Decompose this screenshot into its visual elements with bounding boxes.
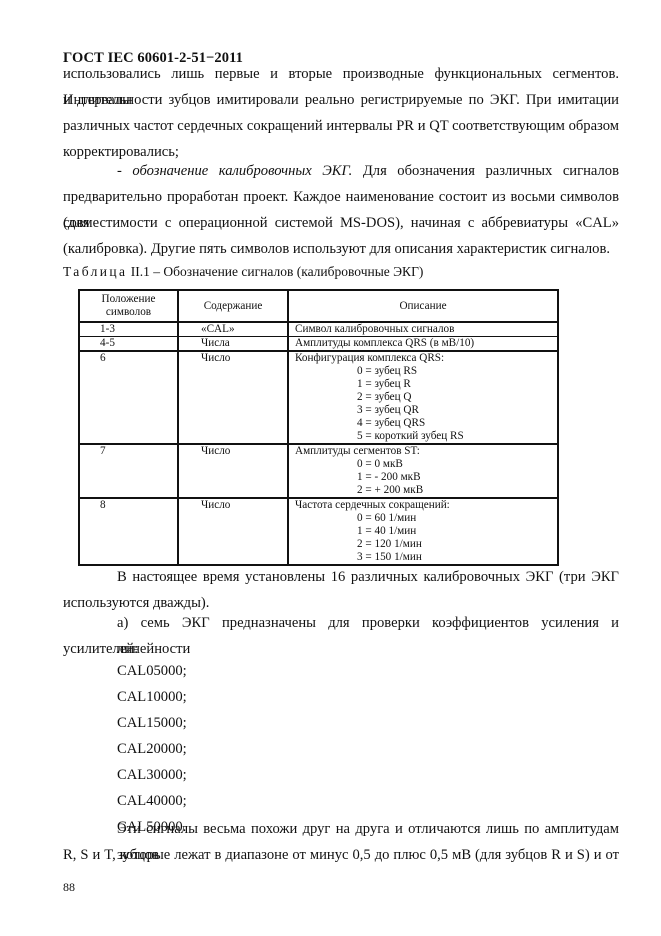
value-line: 2 = + 200 мкВ	[295, 484, 557, 497]
header-description: Описание	[288, 290, 558, 322]
value-line: 0 = 0 мкВ	[295, 458, 557, 471]
list-item: CAL30000;	[63, 762, 619, 788]
text-line: (калибровка). Другие пять символов испол…	[63, 236, 619, 262]
list-item: CAL40000;	[63, 788, 619, 814]
paragraph-seven-ecgs: а) семь ЭКГ предназначены для проверки к…	[63, 610, 619, 662]
cell-position: 1-3	[79, 322, 178, 337]
value-line: 0 = зубец RS	[295, 365, 557, 378]
text-line: R, S и T, которые лежат в диапазоне от м…	[63, 842, 619, 868]
table-caption-number: II.1	[131, 264, 150, 279]
signal-designation-table: Положение символов Содержание Описание 1…	[78, 289, 559, 566]
text-line: - обозначение калибровочных ЭКГ. Для обо…	[63, 158, 619, 184]
description-title: Частота сердечных сокращений:	[295, 499, 557, 512]
paragraph-derivatives: использовались лишь первые и вторые прои…	[63, 61, 619, 165]
value-line: 3 = зубец QR	[295, 404, 557, 417]
cell-position: 7	[79, 444, 178, 498]
cell-position: 8	[79, 498, 178, 565]
cell-description: Амплитуды сегментов ST: 0 = 0 мкВ 1 = - …	[288, 444, 558, 498]
value-line: 3 = 150 1/мин	[295, 551, 557, 564]
paragraph-sixteen-ecgs: В настоящее время установлены 16 различн…	[63, 564, 619, 616]
value-line: 1 = зубец R	[295, 378, 557, 391]
text-fragment: Для обозначения различных сигналов	[363, 163, 619, 179]
text-line: предварительно проработан проект. Каждое…	[63, 184, 619, 210]
header-content: Содержание	[178, 290, 288, 322]
table-caption-title: – Обозначение сигналов (калибровочные ЭК…	[153, 264, 423, 279]
document-page: ГОСТ IEC 60601-2-51−2011 использовались …	[0, 0, 661, 936]
table-row: 4-5 Числа Амплитуды комплекса QRS (в мВ/…	[79, 337, 558, 352]
cell-description: Частота сердечных сокращений: 0 = 60 1/м…	[288, 498, 558, 565]
value-line: 2 = зубец Q	[295, 391, 557, 404]
table-caption: Таблица II.1 – Обозначение сигналов (кал…	[63, 264, 423, 280]
list-dash: -	[117, 163, 122, 179]
text-line: В настоящее время установлены 16 различн…	[63, 564, 619, 590]
text-line: Эти сигналы весьма похожи друг на друга …	[63, 816, 619, 842]
cell-description: Амплитуды комплекса QRS (в мВ/10)	[288, 337, 558, 352]
cell-content: Число	[178, 351, 288, 444]
cal-list: CAL05000; CAL10000; CAL15000; CAL20000; …	[63, 658, 619, 840]
header-position: Положение символов	[79, 290, 178, 322]
description-title: Конфигурация комплекса QRS:	[295, 352, 557, 365]
paragraph-signal-amplitudes: Эти сигналы весьма похожи друг на друга …	[63, 816, 619, 868]
description-title: Амплитуды сегментов ST:	[295, 445, 557, 458]
list-item: CAL15000;	[63, 710, 619, 736]
table-row: 1-3 «CAL» Символ калибровочных сигналов	[79, 322, 558, 337]
value-line: 1 = - 200 мкВ	[295, 471, 557, 484]
value-line: 5 = короткий зубец RS	[295, 430, 557, 443]
list-item: CAL10000;	[63, 684, 619, 710]
cell-description: Символ калибровочных сигналов	[288, 322, 558, 337]
cell-content: «CAL»	[178, 322, 288, 337]
list-item: CAL20000;	[63, 736, 619, 762]
list-item: CAL05000;	[63, 658, 619, 684]
table-header-row: Положение символов Содержание Описание	[79, 290, 558, 322]
text-line: а) семь ЭКГ предназначены для проверки к…	[63, 610, 619, 636]
cell-content: Числа	[178, 337, 288, 352]
page-number: 88	[63, 880, 75, 895]
italic-term: обозначение калибровочных ЭКГ.	[132, 163, 352, 179]
table-row: 7 Число Амплитуды сегментов ST: 0 = 0 мк…	[79, 444, 558, 498]
paragraph-calibration-naming: - обозначение калибровочных ЭКГ. Для обо…	[63, 158, 619, 262]
value-line: 2 = 120 1/мин	[295, 538, 557, 551]
cell-position: 4-5	[79, 337, 178, 352]
cell-position: 6	[79, 351, 178, 444]
text-line: и длительности зубцов имитировали реальн…	[63, 87, 619, 113]
table-row: 8 Число Частота сердечных сокращений: 0 …	[79, 498, 558, 565]
value-line: 4 = зубец QRS	[295, 417, 557, 430]
text-line: использовались лишь первые и вторые прои…	[63, 61, 619, 87]
cell-content: Число	[178, 498, 288, 565]
value-line: 0 = 60 1/мин	[295, 512, 557, 525]
cell-description: Конфигурация комплекса QRS: 0 = зубец RS…	[288, 351, 558, 444]
table-row: 6 Число Конфигурация комплекса QRS: 0 = …	[79, 351, 558, 444]
value-line: 1 = 40 1/мин	[295, 525, 557, 538]
text-line: совместимости с операционной системой MS…	[63, 210, 619, 236]
cell-content: Число	[178, 444, 288, 498]
text-line: различных частот сердечных сокращений ин…	[63, 113, 619, 139]
table-caption-label: Таблица	[63, 264, 127, 279]
